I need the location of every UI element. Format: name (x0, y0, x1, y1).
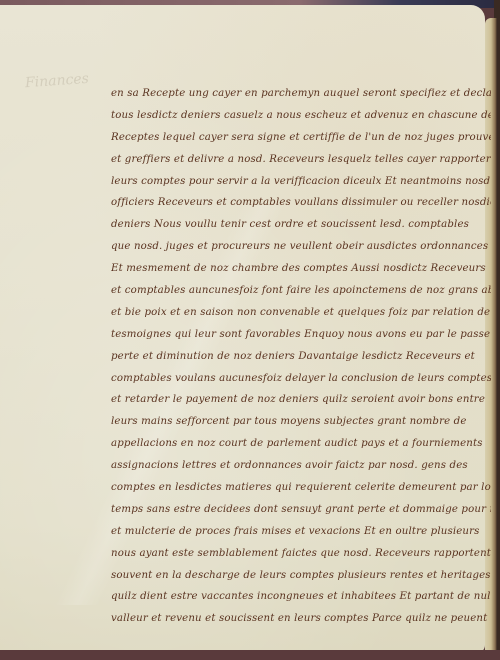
line-text: et mulcterie de proces frais mises et ve… (111, 526, 480, 537)
line-text: temps sans estre decidees dont sensuyt g… (111, 504, 491, 515)
line-text: que nosd. juges et procureurs ne veullen… (111, 241, 488, 252)
text-line: Receptes lequel cayer sera signe et cert… (111, 127, 491, 149)
text-line: tesmoignes qui leur sont favorables Enqu… (111, 324, 491, 346)
line-text: comptes en lesdictes matieres qui requie… (111, 482, 491, 493)
line-text: perte et diminution de noz deniers Davan… (111, 351, 475, 362)
text-line: et greffiers et delivre a nosd. Receveur… (111, 149, 491, 171)
background-bottom (0, 650, 500, 660)
line-text: leurs comptes pour servir a la veriffica… (111, 176, 491, 187)
line-text: quilz dient estre vaccantes incongneues … (111, 591, 491, 602)
text-line: perte et diminution de noz deniers Davan… (111, 346, 491, 368)
text-line: assignacions lettres et ordonnances avoi… (111, 455, 491, 477)
text-line: souvent en la descharge de leurs comptes… (111, 565, 491, 587)
text-line: comptables voulans aucunesfoiz delayer l… (111, 368, 491, 390)
line-text: et greffiers et delivre a nosd. Receveur… (111, 154, 491, 165)
line-text: deniers Nous voullu tenir cest ordre et … (111, 219, 469, 230)
text-line: que nosd. juges et procureurs ne veullen… (111, 236, 491, 258)
text-line: deniers Nous voullu tenir cest ordre et … (111, 214, 491, 236)
text-line: temps sans estre decidees dont sensuyt g… (111, 499, 491, 521)
line-text: Et mesmement de noz chambre des comptes … (111, 263, 486, 274)
text-line: leurs mains sefforcent par tous moyens s… (111, 411, 491, 433)
bleed-through-text: Finances (25, 71, 90, 91)
line-text: appellacions en noz court de parlement a… (111, 438, 483, 449)
text-line: et retarder le payement de noz deniers q… (111, 389, 491, 411)
text-line: tous lesdictz deniers casuelz a nous esc… (111, 105, 491, 127)
text-line: et bie poix et en saison non convenable … (111, 302, 491, 324)
text-line: valleur et revenu et soucissent en leurs… (111, 608, 491, 630)
manuscript-page: Finances en sa Recepte ung cayer en parc… (0, 5, 485, 653)
text-line: Et mesmement de noz chambre des comptes … (111, 258, 491, 280)
line-text: nous ayant este semblablement faictes qu… (111, 548, 491, 559)
line-text: valleur et revenu et soucissent en leurs… (111, 613, 487, 624)
line-text: en sa Recepte ung cayer en parchemyn auq… (111, 88, 491, 99)
text-line: et comptables auncunesfoiz font faire le… (111, 280, 491, 302)
text-line: officiers Receveurs et comptables voulla… (111, 192, 491, 214)
line-text: et comptables auncunesfoiz font faire le… (111, 285, 491, 296)
line-text: officiers Receveurs et comptables voulla… (111, 197, 491, 208)
text-line: en sa Recepte ung cayer en parchemyn auq… (111, 83, 491, 105)
text-line: nous ayant este semblablement faictes qu… (111, 543, 491, 565)
text-line: comptes en lesdictes matieres qui requie… (111, 477, 491, 499)
line-text: souvent en la descharge de leurs comptes… (111, 570, 491, 581)
text-line: leurs comptes pour servir a la veriffica… (111, 171, 491, 193)
line-text: tesmoignes qui leur sont favorables Enqu… (111, 329, 491, 340)
line-text: Receptes lequel cayer sera signe et cert… (111, 132, 491, 143)
line-text: assignacions lettres et ordonnances avoi… (111, 460, 468, 471)
line-text: et bie poix et en saison non convenable … (111, 307, 490, 318)
text-line: appellacions en noz court de parlement a… (111, 433, 491, 455)
line-text: comptables voulans aucunesfoiz delayer l… (111, 373, 491, 384)
line-text: leurs mains sefforcent par tous moyens s… (111, 416, 467, 427)
text-line: quilz dient estre vaccantes incongneues … (111, 586, 491, 608)
line-text: et retarder le payement de noz deniers q… (111, 394, 485, 405)
text-line: et mulcterie de proces frais mises et ve… (111, 521, 491, 543)
line-text: tous lesdictz deniers casuelz a nous esc… (111, 110, 491, 121)
handwritten-text-block: en sa Recepte ung cayer en parchemyn auq… (111, 83, 491, 630)
